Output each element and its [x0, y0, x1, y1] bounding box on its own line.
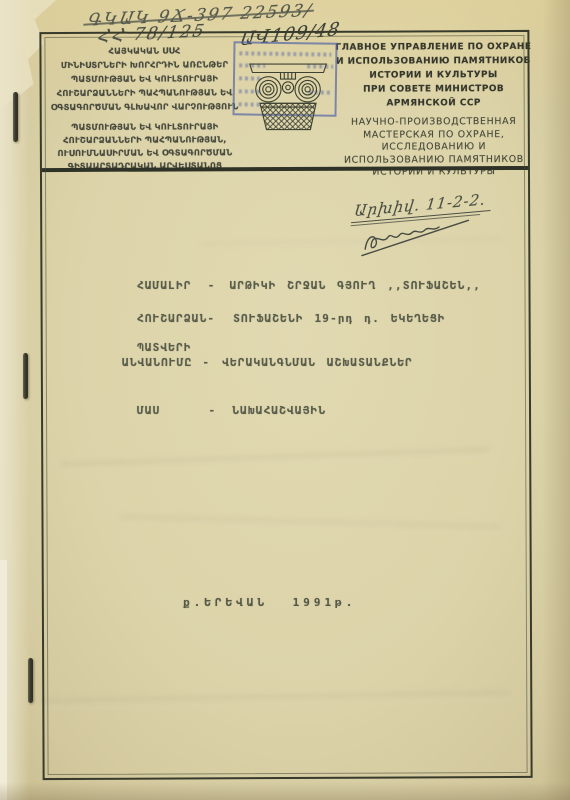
row-label: ՄԱՍ — [137, 404, 160, 417]
typed-row-order: ԱՆՎԱՆՈՒՄԸ-ՎԵՐԱԿԱՆԳՆՄԱՆ ԱՇԽԱՏԱՆՔՆԵՐ — [122, 356, 413, 369]
typed-row-complex: ՀԱՄԱԼԻՐ-ԱՐԹԻԿԻ ՇՐՋԱՆ ԳՅՈՒՂ ,,ՏՈՒՖԱՇԵՆ,, — [137, 279, 481, 292]
armenian-workshop-block: ՊԱՏՄՈՒԹՅԱՆ ԵՎ ԿՈՒԼՏՈՒՐԱՅԻ ՀՈՒՇԱՐՁԱՆՆԵՐԻ … — [48, 120, 242, 173]
row-value: ԱՐԹԻԿԻ ՇՐՋԱՆ ԳՅՈՒՂ ,,ՏՈՒՖԱՇԵՆ,, — [230, 279, 482, 292]
letterhead-line: ՀՈՒՇԱՐՁԱՆՆԵՐԻ ՊԱՀՊԱՆՈՒԹՅԱՆ ԵՎ — [48, 85, 242, 100]
typed-row-part: ՄԱՍ-ՆԱԽԱՀԱՇՎԱՅԻՆ — [137, 404, 326, 417]
bottom-edge-shadow — [0, 782, 570, 800]
row-value: ՎԵՐԱԿԱՆԳՆՄԱՆ ԱՇԽԱՏԱՆՔՆԵՐ — [222, 356, 413, 369]
letterhead-line: ՕԳՏԱԳՈՐԾՄԱՆ ԳԼԽԱՎՈՐ ՎԱՐՉՈՒԹՅՈՒՆ — [48, 99, 242, 114]
row-label: ԱՆՎԱՆՈՒՄԸ — [122, 356, 192, 369]
city-date-line: ք.ԵՐԵՎԱՆ 1991թ. — [183, 596, 356, 609]
row-dash: - — [208, 279, 216, 292]
staple-icon — [28, 658, 33, 703]
letterhead-line: ՄԻՆԻՍՏՐՆԵՐԻ ԽՈՐՀՐԴԻՆ ԱՌԸՆԹԵՐ — [47, 57, 241, 72]
row-value: ՏՈՒՖԱՇԵՆԻ 19-րդ դ. ԵԿԵՂԵՑԻ — [233, 312, 445, 325]
armenian-letterhead: ՀԱՅԿԱԿԱՆ ՍՍՀ ՄԻՆԻՍՏՐՆԵՐԻ ԽՈՐՀՐԴԻՆ ԱՌԸՆԹԵ… — [47, 43, 242, 173]
russian-org-block: ГЛАВНОЕ УПРАВЛЕНИЕ ПО ОХРАНЕ И ИСПОЛЬЗОВ… — [335, 40, 531, 111]
row-dash: - — [208, 404, 216, 417]
letterhead-line: ИСТОРИИ И КУЛЬТУРЫ — [336, 68, 532, 83]
letterhead-line: ИССЛЕДОВАНИЮ И — [336, 141, 532, 154]
column-capital-icon — [245, 56, 331, 132]
letterhead-line: ՀՈՒՇԱՐՁԱՆՆԵՐԻ ՊԱՀՊԱՆՈՒԹՅԱՆ, — [48, 133, 242, 147]
staple-icon — [13, 92, 18, 142]
russian-letterhead: ГЛАВНОЕ УПРАВЛЕНИЕ ПО ОХРАНЕ И ИСПОЛЬЗОВ… — [335, 40, 532, 180]
typed-row-monument: ՀՈՒՇԱՐՁԱՆ-ՏՈՒՖԱՇԵՆԻ 19-րդ դ. ԵԿԵՂԵՑԻ — [137, 312, 446, 325]
letterhead-line: АРМЯНСКОЙ ССР — [336, 96, 532, 111]
row-value: ՆԱԽԱՀԱՇՎԱՅԻՆ — [232, 404, 326, 417]
letterhead-line: И ИСПОЛЬЗОВАНИЮ ПАМЯТНИКОВ — [335, 54, 531, 69]
typed-row-order-label-top: ՊԱՏՎԵՐԻ — [137, 341, 192, 354]
letterhead-line: ГЛАВНОЕ УПРАВЛЕНИЕ ПО ОХРАНЕ — [335, 40, 531, 55]
scanned-page: ԳԿԱԿ 9Ճ-397 22593/ ՀՀ 78/125 ԱՎ109/48 ՀԱ… — [0, 0, 570, 800]
letterhead-line: ՀԱՅԿԱԿԱՆ ՍՍՀ — [47, 43, 241, 58]
row-label: ՀԱՄԱԼԻՐ — [137, 279, 192, 292]
letterhead-line: ՊԱՏՄՈՒԹՅԱՆ ԵՎ ԿՈՒԼՏՈՒՐԱՅԻ — [48, 71, 242, 86]
right-edge-shadow — [542, 0, 570, 800]
staple-icon — [23, 353, 28, 399]
row-dash: - — [202, 356, 210, 369]
letterhead-line: НАУЧНО-ПРОИЗВОДСТВЕННАЯ — [336, 116, 532, 129]
letterhead-line: МАСТЕРСКАЯ ПО ОХРАНЕ, — [336, 129, 532, 142]
letterhead-line: ՈՒՍՈՒՄՆԱՍԻՐՄԱՆ ԵՎ ՕԳՏԱԳՈՐԾՄԱՆ — [48, 146, 242, 160]
row-label: ՀՈՒՇԱՐՁԱՆ- — [137, 312, 215, 325]
letterhead-line: ՊԱՏՄՈՒԹՅԱՆ ԵՎ ԿՈՒԼՏՈՒՐԱՅԻ — [48, 120, 242, 134]
letterhead-line: ПРИ СОВЕТЕ МИНИСТРОВ — [336, 82, 532, 97]
left-paper-sliver — [0, 560, 7, 800]
